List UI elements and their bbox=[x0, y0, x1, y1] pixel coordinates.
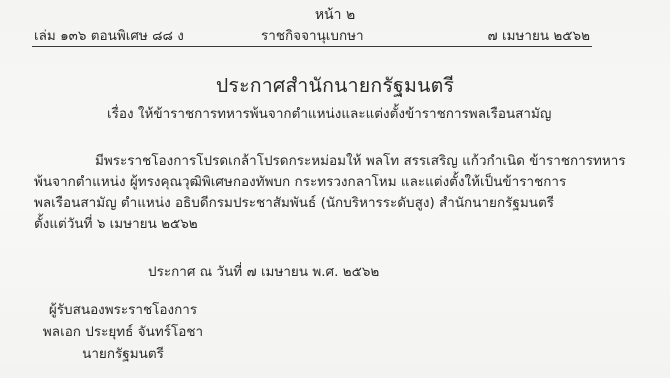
gazette-page: หน้า ๒ เล่ม ๑๓๖ ตอนพิเศษ ๘๘ ง ราชกิจจานุ… bbox=[0, 0, 670, 378]
body-line: มีพระราชโองการโปรดเกล้าโปรดกระหม่อมให้ พ… bbox=[95, 149, 626, 171]
header-divider bbox=[32, 46, 592, 47]
body-line: ตั้งแต่วันที่ ๖ เมษายน ๒๕๖๒ bbox=[34, 212, 198, 234]
volume-issue: เล่ม ๑๓๖ ตอนพิเศษ ๘๘ ง bbox=[34, 24, 184, 46]
publication-date: ๗ เมษายน ๒๕๖๒ bbox=[488, 24, 590, 46]
document-title: ประกาศสำนักนายกรัฐมนตรี bbox=[0, 70, 670, 101]
signatory-name: พลเอก ประยุทธ์ จันทร์โอชา bbox=[0, 320, 246, 342]
given-date: ประกาศ ณ วันที่ ๗ เมษายน พ.ศ. ๒๕๖๒ bbox=[148, 260, 379, 282]
body-line: พลเรือนสามัญ ตำแหน่ง อธิบดีกรมประชาสัมพั… bbox=[34, 191, 554, 213]
publication-name: ราชกิจจานุเบกษา bbox=[261, 24, 364, 46]
countersign-label: ผู้รับสนองพระราชโองการ bbox=[0, 298, 246, 320]
gazette-header: เล่ม ๑๓๖ ตอนพิเศษ ๘๘ ง ราชกิจจานุเบกษา ๗… bbox=[34, 24, 590, 46]
page-number: หน้า ๒ bbox=[0, 4, 670, 26]
document-subject: เรื่อง ให้ข้าราชการทหารพ้นจากตำแหน่งและแ… bbox=[107, 102, 551, 124]
signatory-position: นายกรัฐมนตรี bbox=[0, 342, 246, 364]
body-line: พ้นจากตำแหน่ง ผู้ทรงคุณวุฒิพิเศษกองทัพบก… bbox=[34, 170, 566, 192]
